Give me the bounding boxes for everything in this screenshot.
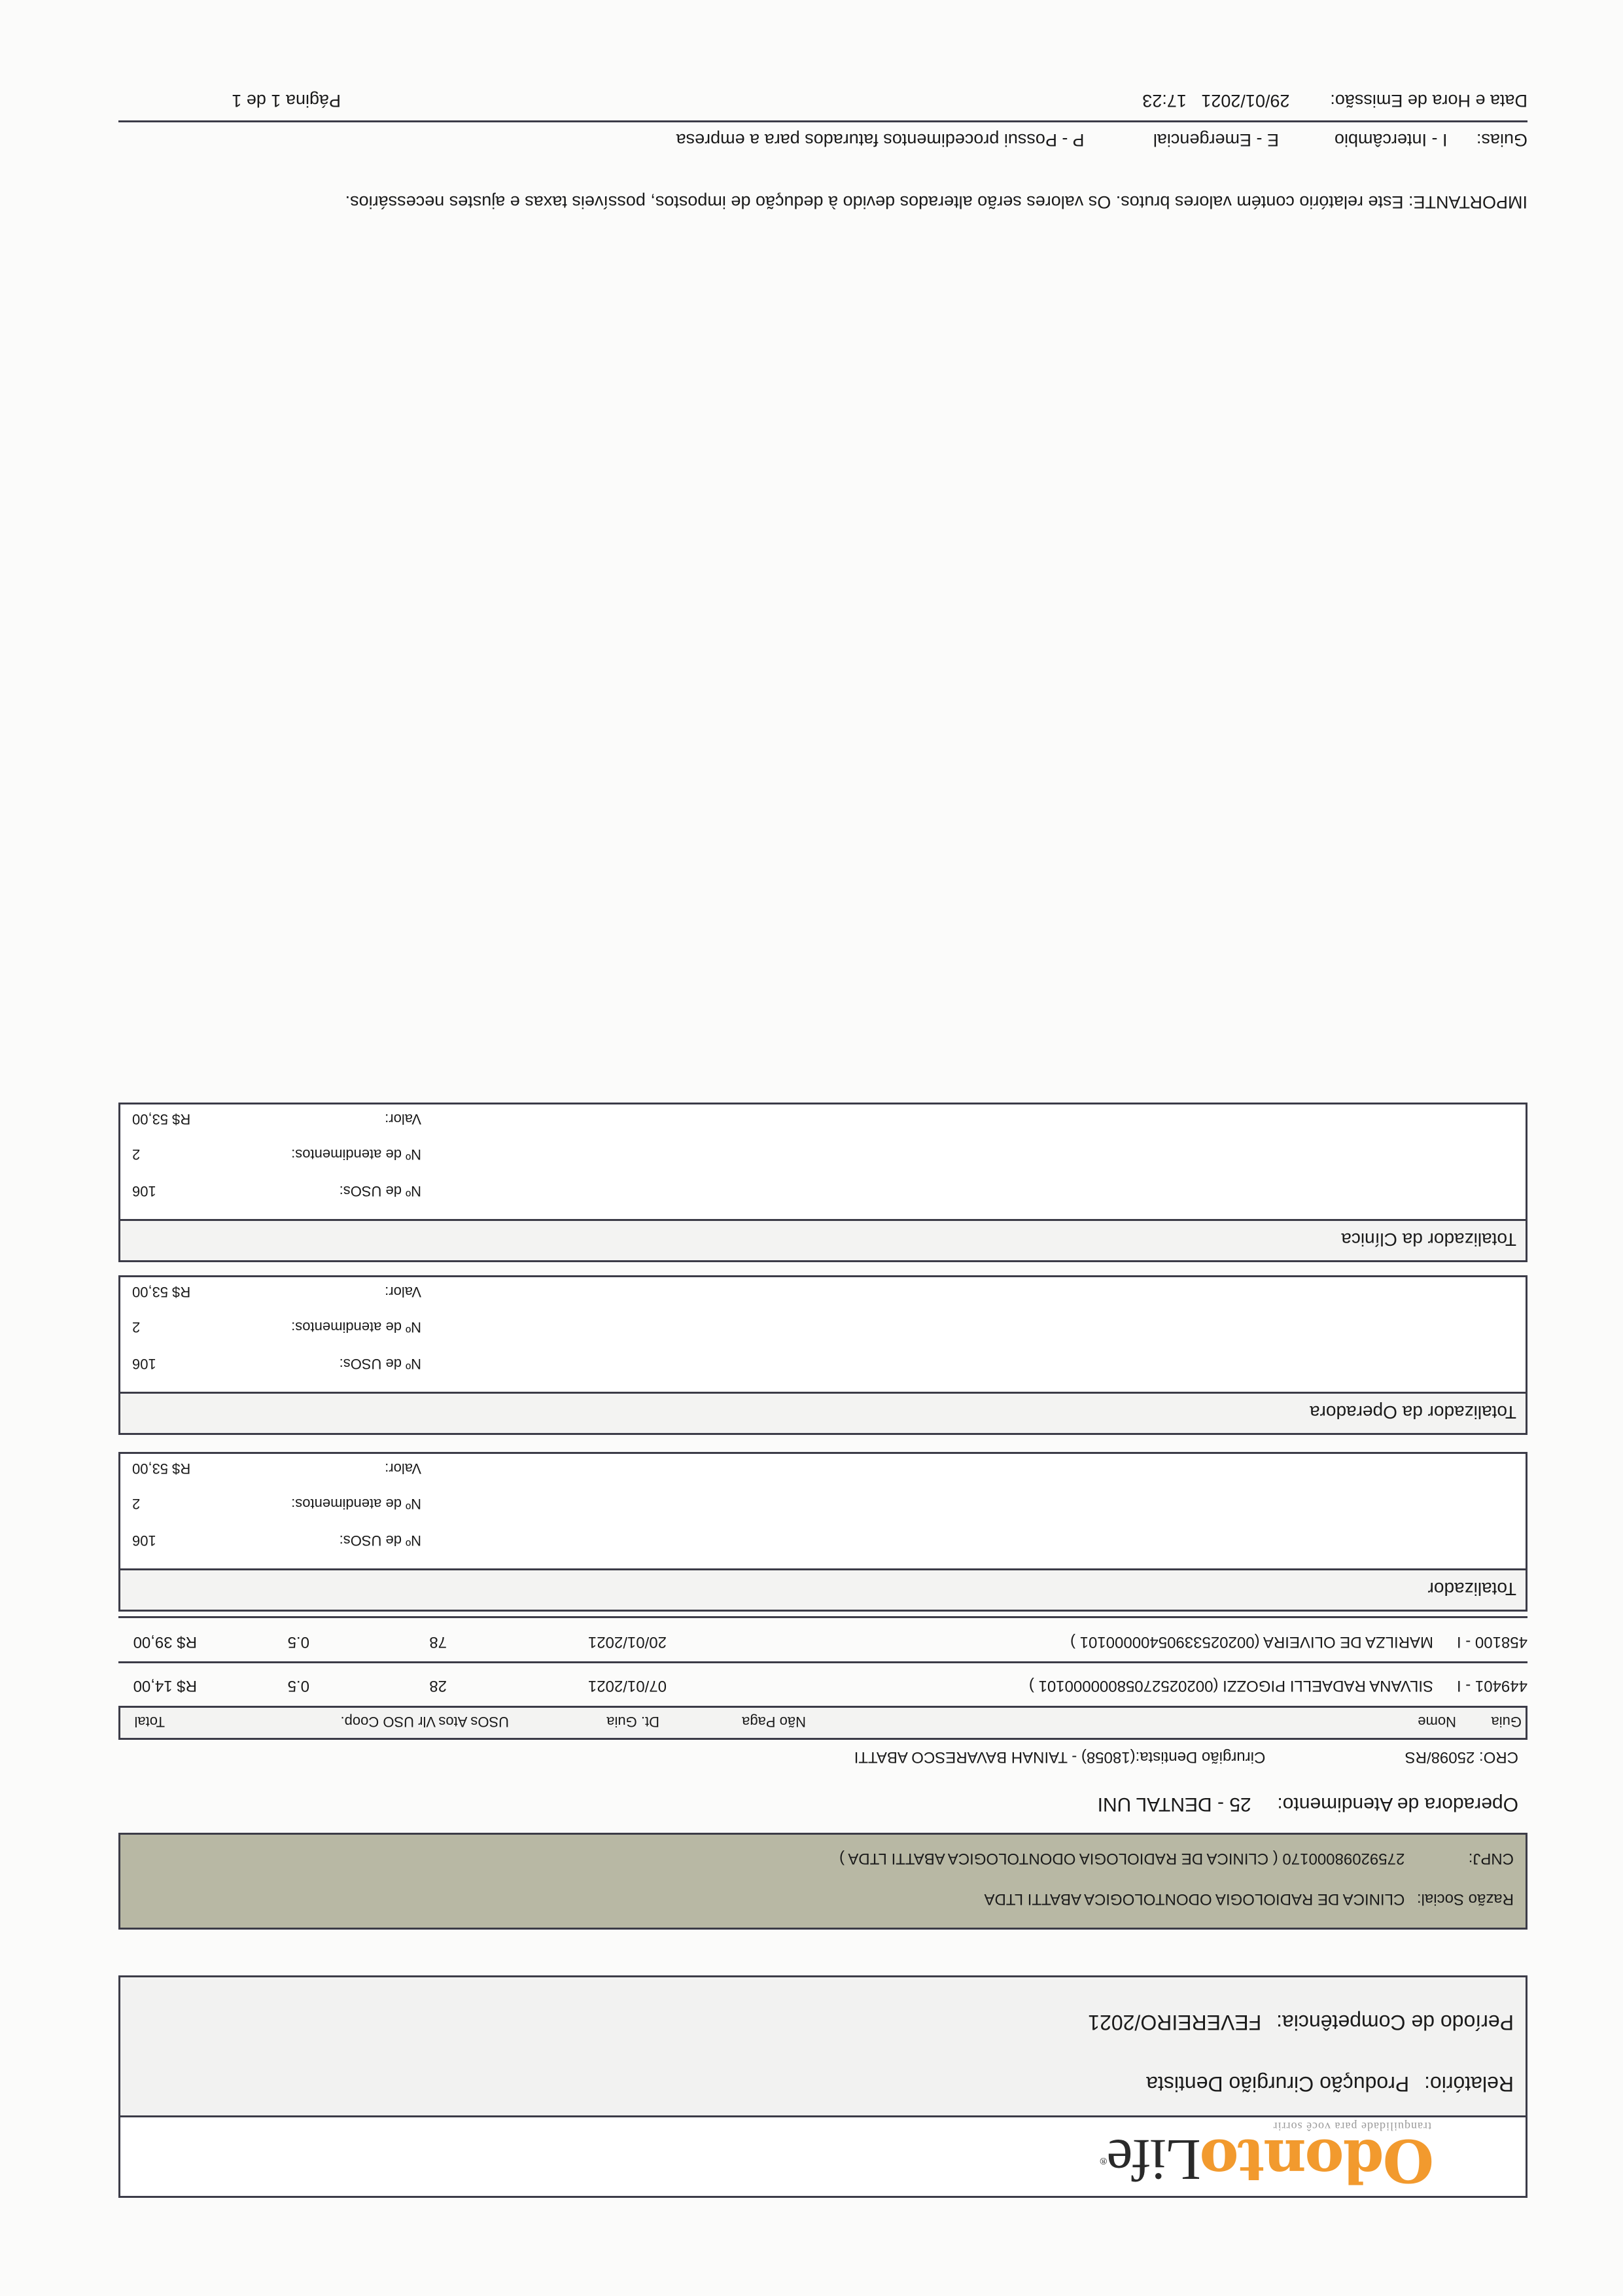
odontolife-logo: OdontoLife® tranquilidade para você sorr… xyxy=(1100,2119,1434,2191)
row-nome: MARILZA DE OLIVEIRA (0020253390540000010… xyxy=(1070,1633,1433,1651)
logo-odonto-text: Odonto xyxy=(1201,2126,1434,2195)
operator-totalizer-title: Totalizador da Operadora xyxy=(118,1392,1527,1435)
report-title-label: Relatório: xyxy=(1424,2072,1514,2096)
emission-label: Data e Hora de Emissão: xyxy=(1295,90,1527,111)
atendimentos-value: 2 xyxy=(132,1318,243,1335)
guide-procedimentos: P - Possui procedimentos faturados para … xyxy=(676,130,1085,150)
emission-value: 29/01/2021 17:23 xyxy=(1142,91,1289,111)
period-label: Período de Competência: xyxy=(1276,2011,1514,2034)
report-info: Relatório: Produção Cirurgião Dentista P… xyxy=(120,1977,1526,2115)
row-total: R$ 39,00 xyxy=(133,1633,197,1651)
usos-value: 106 xyxy=(132,1532,243,1549)
atendimentos-label: Nº de atendimentos: xyxy=(291,1146,421,1163)
col-total: Total xyxy=(135,1713,165,1730)
col-usos-atos: USOs Atos xyxy=(438,1713,509,1730)
row-nome: SILVANA RADAELLI PIGOZZI (00202527058000… xyxy=(1029,1676,1433,1695)
row-divider xyxy=(118,1661,1527,1663)
dentist-name: Cirurgião Dentista:(18058) - TAINAH BAVA… xyxy=(854,1748,1266,1766)
row-vlr-uso: 0.5 xyxy=(288,1633,309,1651)
clinic-totalizer-title: Totalizador da Clínica xyxy=(118,1219,1527,1262)
row-usos-atos: 28 xyxy=(429,1676,447,1695)
valor-label: Valor: xyxy=(385,1460,421,1477)
atendimentos-value: 2 xyxy=(132,1146,243,1163)
report-page: OdontoLife® tranquilidade para você sorr… xyxy=(0,0,1623,2296)
row-dt-guia: 07/01/2021 xyxy=(588,1676,667,1695)
col-vlr-uso-coop: Vlr USO Coop. xyxy=(341,1713,436,1730)
table-row: 449401 - I SILVANA RADAELLI PIGOZZI (002… xyxy=(118,1665,1527,1704)
razao-social-label: Razão Social: xyxy=(1409,1890,1514,1908)
razao-social-value: CLINICA DE RADIOLOGIA ODONTOLOGICA ABATT… xyxy=(985,1890,1405,1908)
table-row: 458100 - I MARILZA DE OLIVEIRA (00202533… xyxy=(118,1621,1527,1660)
report-title-line: Relatório: Produção Cirurgião Dentista xyxy=(1146,2072,1514,2096)
operator-totalizer-body: Nº de USOs: 106 Nº de atendimentos: 2 Va… xyxy=(118,1275,1527,1392)
usos-label: Nº de USOs: xyxy=(340,1532,421,1549)
atendimentos-value: 2 xyxy=(132,1495,243,1512)
cnpj-row: CNPJ: 27592098000170 ( CLINICA DE RADIOL… xyxy=(839,1849,1514,1867)
usos-value: 106 xyxy=(132,1182,243,1199)
report-header: OdontoLife® tranquilidade para você sorr… xyxy=(118,1975,1527,2198)
important-notice: IMPORTANTE: Este relatório contém valore… xyxy=(118,189,1527,215)
usos-value: 106 xyxy=(132,1355,243,1372)
guides-legend: Guias: I - Intercâmbio E - Emergencial P… xyxy=(676,130,1527,150)
row-divider xyxy=(118,1616,1527,1618)
valor-value: R$ 53,00 xyxy=(132,1283,243,1300)
guide-emergencial: E - Emergencial xyxy=(1089,130,1279,150)
row-guia: 458100 - I xyxy=(1457,1633,1527,1651)
row-vlr-uso: 0.5 xyxy=(288,1676,309,1695)
col-nome: Nome xyxy=(1418,1713,1456,1730)
footer-divider xyxy=(118,120,1527,122)
emission-line: Data e Hora de Emissão: 29/01/2021 17:23 xyxy=(1142,90,1527,111)
col-guia: Guia xyxy=(1492,1713,1522,1730)
table-header: Guia Nome Não Paga Dt. Guia USOs Atos Vl… xyxy=(118,1706,1527,1740)
usos-label: Nº de USOs: xyxy=(340,1182,421,1199)
totalizer-title-text: Totalizador xyxy=(1428,1578,1516,1599)
atendimentos-label: Nº de atendimentos: xyxy=(291,1318,421,1335)
page-number: Página 1 de 1 xyxy=(232,90,341,111)
valor-label: Valor: xyxy=(385,1110,421,1127)
cro-value: CRO: 25098/RS xyxy=(1270,1748,1518,1766)
clinic-totalizer-body: Nº de USOs: 106 Nº de atendimentos: 2 Va… xyxy=(118,1103,1527,1219)
col-nao-paga: Não Paga xyxy=(742,1713,806,1730)
period-value: FEVEREIRO/2021 xyxy=(1088,2011,1261,2034)
logo-area: OdontoLife® tranquilidade para você sorr… xyxy=(120,2115,1526,2196)
valor-value: R$ 53,00 xyxy=(132,1460,243,1477)
row-total: R$ 14,00 xyxy=(133,1676,197,1695)
totalizer-body: Nº de USOs: 106 Nº de atendimentos: 2 Va… xyxy=(118,1452,1527,1568)
guide-intercambio: I - Intercâmbio xyxy=(1283,130,1447,150)
dentist-line: CRO: 25098/RS Cirurgião Dentista:(18058)… xyxy=(109,1748,1518,1766)
row-guia: 449401 - I xyxy=(1457,1676,1527,1695)
registered-mark: ® xyxy=(1100,2155,1108,2166)
operator-totalizer-title-text: Totalizador da Operadora xyxy=(1310,1402,1516,1422)
valor-value: R$ 53,00 xyxy=(132,1110,243,1127)
guides-label: Guias: xyxy=(1452,130,1527,150)
atendimentos-label: Nº de atendimentos: xyxy=(291,1495,421,1512)
cnpj-label: CNPJ: xyxy=(1409,1849,1514,1867)
logo-life-text: Life xyxy=(1108,2127,1201,2192)
clinic-totalizer-title-text: Totalizador da Clínica xyxy=(1341,1229,1516,1250)
row-dt-guia: 20/01/2021 xyxy=(588,1633,667,1651)
cnpj-value: 27592098000170 ( CLINICA DE RADIOLOGIA O… xyxy=(839,1850,1405,1867)
col-dt-guia: Dt. Guia xyxy=(606,1713,659,1730)
row-usos-atos: 78 xyxy=(429,1633,447,1651)
operator-value: 25 - DENTAL UNI xyxy=(1098,1793,1251,1815)
razao-social-row: Razão Social: CLINICA DE RADIOLOGIA ODON… xyxy=(985,1890,1514,1908)
usos-label: Nº de USOs: xyxy=(340,1355,421,1372)
operator-line: Operadora de Atendimento: 25 - DENTAL UN… xyxy=(1098,1793,1518,1815)
clinic-info: Razão Social: CLINICA DE RADIOLOGIA ODON… xyxy=(118,1833,1527,1930)
report-title-value: Produção Cirurgião Dentista xyxy=(1146,2072,1409,2096)
operator-label: Operadora de Atendimento: xyxy=(1257,1793,1518,1815)
valor-label: Valor: xyxy=(385,1283,421,1300)
period-line: Período de Competência: FEVEREIRO/2021 xyxy=(1088,2010,1514,2034)
totalizer-title: Totalizador xyxy=(118,1568,1527,1612)
